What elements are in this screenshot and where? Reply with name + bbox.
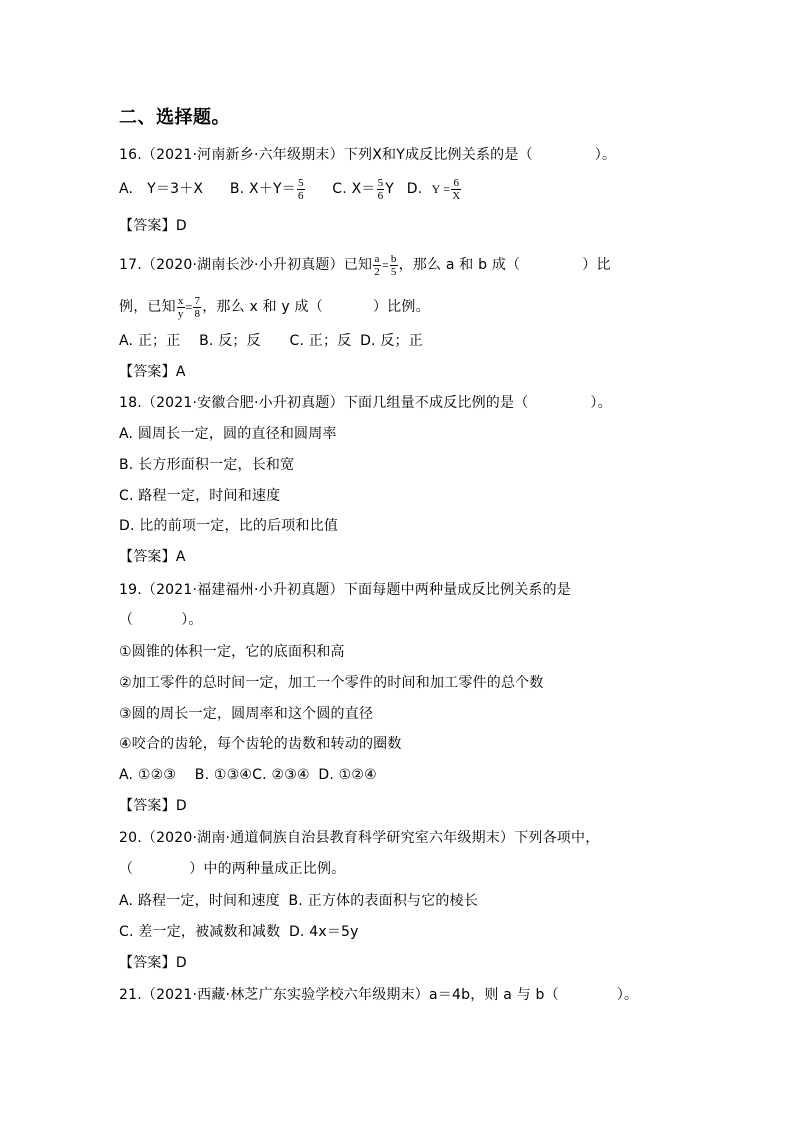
option-b: B. ①③④ xyxy=(195,765,252,785)
question-18-answer: 【答案】A xyxy=(119,547,186,567)
fraction: 78 xyxy=(193,295,201,320)
option-c: C. 差一定，被减数和减数 xyxy=(119,922,280,942)
question-19-stem-line2: （）。 xyxy=(119,610,203,630)
question-19-item-3: ③圆的周长一定，圆周率和这个圆的直径 xyxy=(119,704,373,724)
document-page: 二、选择题。 16.（2021·河南新乡·六年级期末）下列X和Y成反比例关系的是… xyxy=(0,0,793,1122)
question-16-answer: 【答案】D xyxy=(119,216,187,236)
fraction: 56 xyxy=(297,177,305,202)
section-title: 二、选择题。 xyxy=(119,105,230,131)
question-20-answer: 【答案】D xyxy=(119,953,187,973)
answer-value: A xyxy=(176,549,186,565)
option-c: C. 正；反 xyxy=(290,331,352,351)
option-c: C. ②③④ xyxy=(252,765,310,785)
answer-value: D xyxy=(176,218,187,234)
option-a: A. 路程一定，时间和速度 xyxy=(119,891,280,911)
question-19-answer: 【答案】D xyxy=(119,796,187,816)
option-b: B. 反；反 xyxy=(199,331,261,351)
question-text: 下列X和Y成反比例关系的是（ xyxy=(344,147,533,163)
option-b: B. 正方体的表面积与它的棱长 xyxy=(289,891,479,911)
question-19-item-4: ④咬合的齿轮，每个齿轮的齿数和转动的圈数 xyxy=(119,734,402,754)
option-a: A. 正；正 xyxy=(119,331,180,351)
question-20-stem: 20.（2020·湖南·通道侗族自治县教育科学研究室六年级期末）下列各项中， xyxy=(119,828,599,848)
option-d: D. 反；正 xyxy=(360,331,423,351)
answer-value: A xyxy=(176,364,186,380)
answer-value: D xyxy=(176,798,187,814)
question-20-options-cd: C. 差一定，被减数和减数 D. 4x＝5y xyxy=(119,922,359,942)
question-18-option-b: B. 长方形面积一定，长和宽 xyxy=(119,455,294,475)
answer-value: D xyxy=(176,955,187,971)
question-number: 16. xyxy=(119,147,142,163)
question-18-option-a: A. 圆周长一定，圆的直径和圆周率 xyxy=(119,424,337,444)
question-20-options-ab: A. 路程一定，时间和速度 B. 正方体的表面积与它的棱长 xyxy=(119,891,478,911)
question-19-stem: 19.（2021·福建福州·小升初真题）下面每题中两种量成反比例关系的是 xyxy=(119,580,571,600)
question-19-options: A. ①②③ B. ①③④C. ②③④ D. ①②④ xyxy=(119,765,377,785)
question-18-option-d: D. 比的前项一定，比的后项和比值 xyxy=(119,516,338,536)
option-a: A. ①②③ xyxy=(119,765,176,785)
question-21-stem: 21.（2021·西藏·林芝广东实验学校六年级期末）a＝4b，则 a 与 b（）… xyxy=(119,985,638,1005)
question-17-options: A. 正；正 B. 反；反 C. 正；反 D. 反；正 xyxy=(119,331,423,351)
question-17-answer: 【答案】A xyxy=(119,362,186,382)
option-d: D. ①②④ xyxy=(318,765,377,785)
fraction: 56 xyxy=(377,177,385,202)
option-b: B. X＋Y＝56 xyxy=(230,176,306,202)
option-d: D. 4x＝5y xyxy=(289,922,359,942)
question-source: （2021·河南新乡·六年级期末） xyxy=(142,147,344,163)
question-20-stem-line2: （）中的两种量成正比例。 xyxy=(119,859,345,879)
option-a: A. Y＝3＋X xyxy=(119,176,203,202)
question-16-options: A. Y＝3＋X B. X＋Y＝56 C. X＝56Y D. Y =6X xyxy=(119,176,462,202)
fraction: a2 xyxy=(373,253,381,278)
question-17-stem-line2: 例，已知xy=78，那么 x 和 y 成（）比例。 xyxy=(119,292,430,322)
option-c: C. X＝56Y xyxy=(332,176,394,202)
question-19-item-1: ①圆锥的体积一定，它的底面积和高 xyxy=(119,642,345,662)
question-18-stem: 18.（2021·安徽合肥·小升初真题）下面几组量不成反比例的是（）。 xyxy=(119,393,612,413)
fraction: 6X xyxy=(451,177,461,202)
question-16-stem: 16.（2021·河南新乡·六年级期末）下列X和Y成反比例关系的是（）。 xyxy=(119,145,616,165)
fraction: xy xyxy=(177,295,185,320)
question-18-option-c: C. 路程一定，时间和速度 xyxy=(119,486,280,506)
fraction: b5 xyxy=(390,253,398,278)
question-17-stem: 17.（2020·湖南长沙·小升初真题）已知a2=b5，那么 a 和 b 成（）… xyxy=(119,250,611,280)
option-d: D. Y =6X xyxy=(407,176,463,202)
question-19-item-2: ②加工零件的总时间一定，加工一个零件的时间和加工零件的总个数 xyxy=(119,673,544,693)
